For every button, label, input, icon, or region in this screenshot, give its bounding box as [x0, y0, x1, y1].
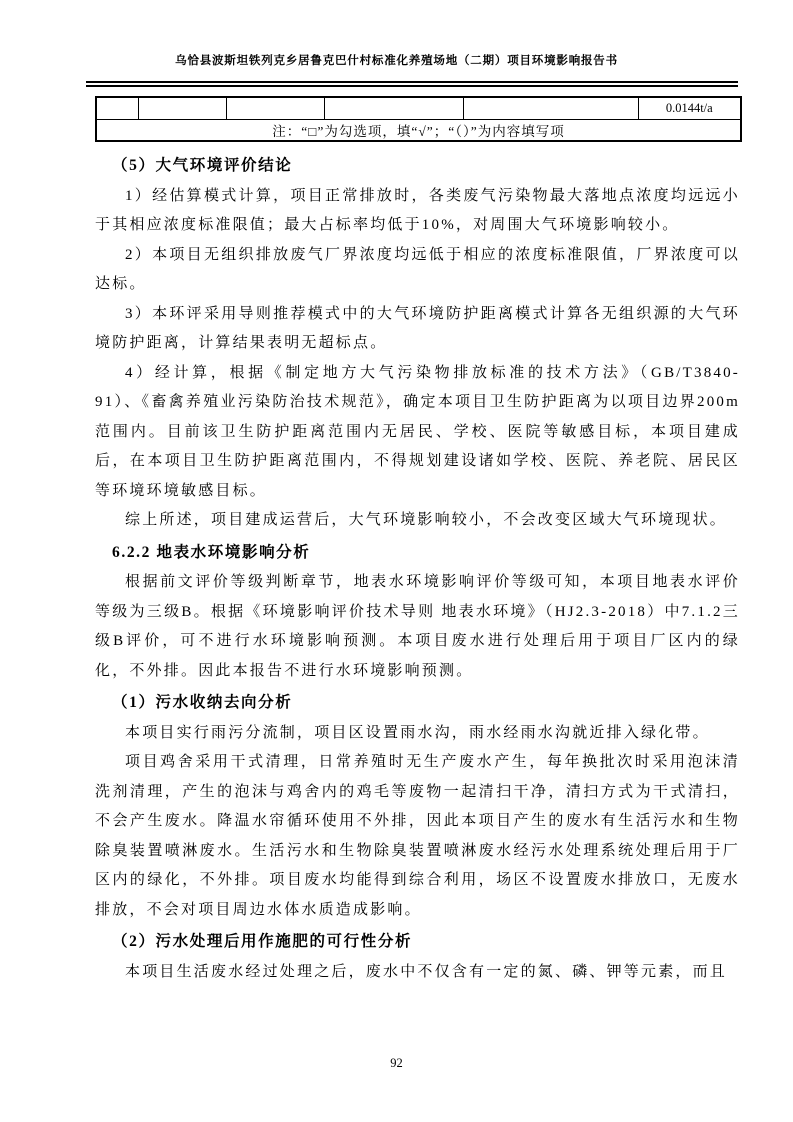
- table-cell-empty: [96, 97, 138, 120]
- table-row: 0.0144t/a: [96, 97, 741, 120]
- header-title: 乌恰县波斯坦铁列克乡居鲁克巴什村标准化养殖场地（二期）项目环境影响报告书: [0, 52, 793, 68]
- body-paragraph: 根据前文评价等级判断章节，地表水环境影响评价等级可知，本项目地表水评价等级为三级…: [95, 568, 740, 686]
- body-paragraph: 1）经估算模式计算，项目正常排放时，各类废气污染物最大落地点浓度均远远小于其相应…: [95, 182, 740, 241]
- table-cell-empty: [324, 97, 463, 120]
- body-paragraph: 4）经计算，根据《制定地方大气污染物排放标准的技术方法》（GB/T3840-91…: [95, 359, 740, 507]
- section-heading: （2）污水处理后用作施肥的可行性分析: [95, 927, 740, 957]
- table-cell-empty: [138, 97, 226, 120]
- section-heading: （5）大气环境评价结论: [95, 151, 740, 181]
- document-body: （5）大气环境评价结论1）经估算模式计算，项目正常排放时，各类废气污染物最大落地…: [95, 149, 740, 987]
- table-note-row: 注：“□”为勾选项，填“√”；“（）”为内容填写项: [96, 120, 741, 142]
- section-heading: 6.2.2 地表水环境影响分析: [95, 538, 740, 568]
- form-table: 0.0144t/a 注：“□”为勾选项，填“√”；“（）”为内容填写项: [95, 96, 742, 142]
- body-paragraph: 综上所述，项目建成运营后，大气环境影响较小，不会改变区域大气环境现状。: [95, 506, 740, 536]
- table-cell-empty: [226, 97, 324, 120]
- body-paragraph: 项目鸡舍采用干式清理，日常养殖时无生产废水产生，每年换批次时采用泡沫清洗剂清理，…: [95, 748, 740, 925]
- table-cell-empty: [463, 97, 638, 120]
- body-paragraph: 3）本环评采用导则推荐模式中的大气环境防护距离模式计算各无组织源的大气环境防护距…: [95, 300, 740, 359]
- document-page: 乌恰县波斯坦铁列克乡居鲁克巴什村标准化养殖场地（二期）项目环境影响报告书 0.0…: [0, 0, 793, 1122]
- body-paragraph: 本项目生活废水经过处理之后，废水中不仅含有一定的氮、磷、钾等元素，而且: [95, 958, 740, 988]
- section-heading: （1）污水收纳去向分析: [95, 688, 740, 718]
- body-paragraph: 本项目实行雨污分流制，项目区设置雨水沟，雨水经雨水沟就近排入绿化带。: [95, 719, 740, 749]
- page-number: 92: [0, 1056, 793, 1071]
- header-divider-rule: [86, 81, 738, 87]
- body-paragraph: 2）本项目无组织排放废气厂界浓度均远低于相应的浓度标准限值，厂界浓度可以达标。: [95, 241, 740, 300]
- table-note-cell: 注：“□”为勾选项，填“√”；“（）”为内容填写项: [96, 120, 741, 142]
- emission-value-cell: 0.0144t/a: [638, 97, 741, 120]
